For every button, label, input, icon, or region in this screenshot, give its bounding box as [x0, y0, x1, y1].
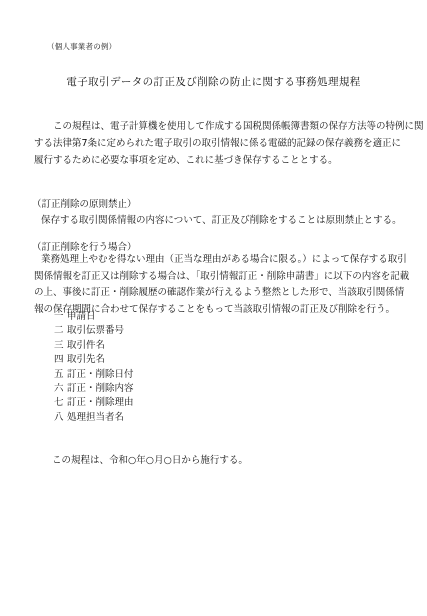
list-item-number: 八 [54, 411, 67, 425]
document-page: （個人事業者の例） 電子取引データの訂正及び削除の防止に関する事務処理規程 この… [0, 0, 427, 616]
section-body-correction-deletion-prohibited: 保存する取引関係情報の内容について、訂正及び削除をすることは原則禁止とする。 [34, 212, 402, 229]
list-item: 五訂正・削除日付 [54, 368, 134, 382]
example-type-note: （個人事業者の例） [47, 41, 116, 52]
section-heading-when-correcting-deleting: （訂正削除を行う場合） [32, 239, 137, 253]
list-item: 七訂正・削除理由 [54, 396, 134, 410]
paragraph-line: 業務処理上やむを得ない理由（正当な理由がある場合に限る。）によって保存する取引 [34, 252, 409, 269]
list-item-number: 二 [54, 324, 67, 338]
list-item-label: 訂正・削除内容 [67, 383, 134, 394]
intro-paragraph: この規程は、電子計算機を使用して作成する国税関係帳簿書類の保存方法等の特例に関す… [34, 118, 424, 169]
list-item: 六訂正・削除内容 [54, 382, 134, 396]
list-item: 四取引先名 [54, 353, 134, 367]
list-item: 三取引件名 [54, 339, 134, 353]
list-item-number: 七 [54, 396, 67, 410]
list-item: 一申請日 [54, 310, 134, 324]
section-body-when-correcting-deleting: 業務処理上やむを得ない理由（正当な理由がある場合に限る。）によって保存する取引関… [34, 252, 409, 318]
list-item: 八処理担当者名 [54, 411, 134, 425]
list-item-label: 取引伝票番号 [67, 325, 124, 336]
list-item-label: 処理担当者名 [67, 412, 124, 423]
list-item-number: 四 [54, 353, 67, 367]
list-item-number: 五 [54, 368, 67, 382]
list-item-label: 取引先名 [67, 354, 105, 365]
list-item-number: 一 [54, 310, 67, 324]
paragraph-line: この規程は、電子計算機を使用して作成する国税関係帳簿書類の保存方法等の特例に関 [34, 118, 424, 135]
closing-effective-date-line: この規程は、令和○年○月○日から施行する。 [52, 452, 248, 466]
section-heading-correction-deletion-prohibited: （訂正削除の原則禁止） [32, 196, 137, 210]
paragraph-line: する法律第7条に定められた電子取引の取引情報に係る電磁的記録の保存義務を適正に [34, 135, 424, 152]
list-item-label: 訂正・削除日付 [67, 369, 134, 380]
paragraph-line: の上、事後に訂正・削除履歴の確認作業が行えるよう整然とした形で、当該取引関係情 [34, 285, 409, 302]
list-item-label: 取引件名 [67, 340, 105, 351]
document-title: 電子取引データの訂正及び削除の防止に関する事務処理規程 [0, 74, 427, 89]
paragraph-line: 関係情報を訂正又は削除する場合は、「取引情報訂正・削除申請書」に以下の内容を記載 [34, 269, 409, 286]
list-item-label: 申請日 [67, 311, 96, 322]
list-item-label: 訂正・削除理由 [67, 397, 134, 408]
numbered-list: 一申請日 二取引伝票番号 三取引件名 四取引先名 五訂正・削除日付 六訂正・削除… [54, 310, 134, 425]
paragraph-line: 履行するために必要な事項を定め、これに基づき保存することとする。 [34, 152, 424, 169]
list-item: 二取引伝票番号 [54, 324, 134, 338]
paragraph-line: 保存する取引関係情報の内容について、訂正及び削除をすることは原則禁止とする。 [34, 212, 402, 229]
list-item-number: 六 [54, 382, 67, 396]
list-item-number: 三 [54, 339, 67, 353]
